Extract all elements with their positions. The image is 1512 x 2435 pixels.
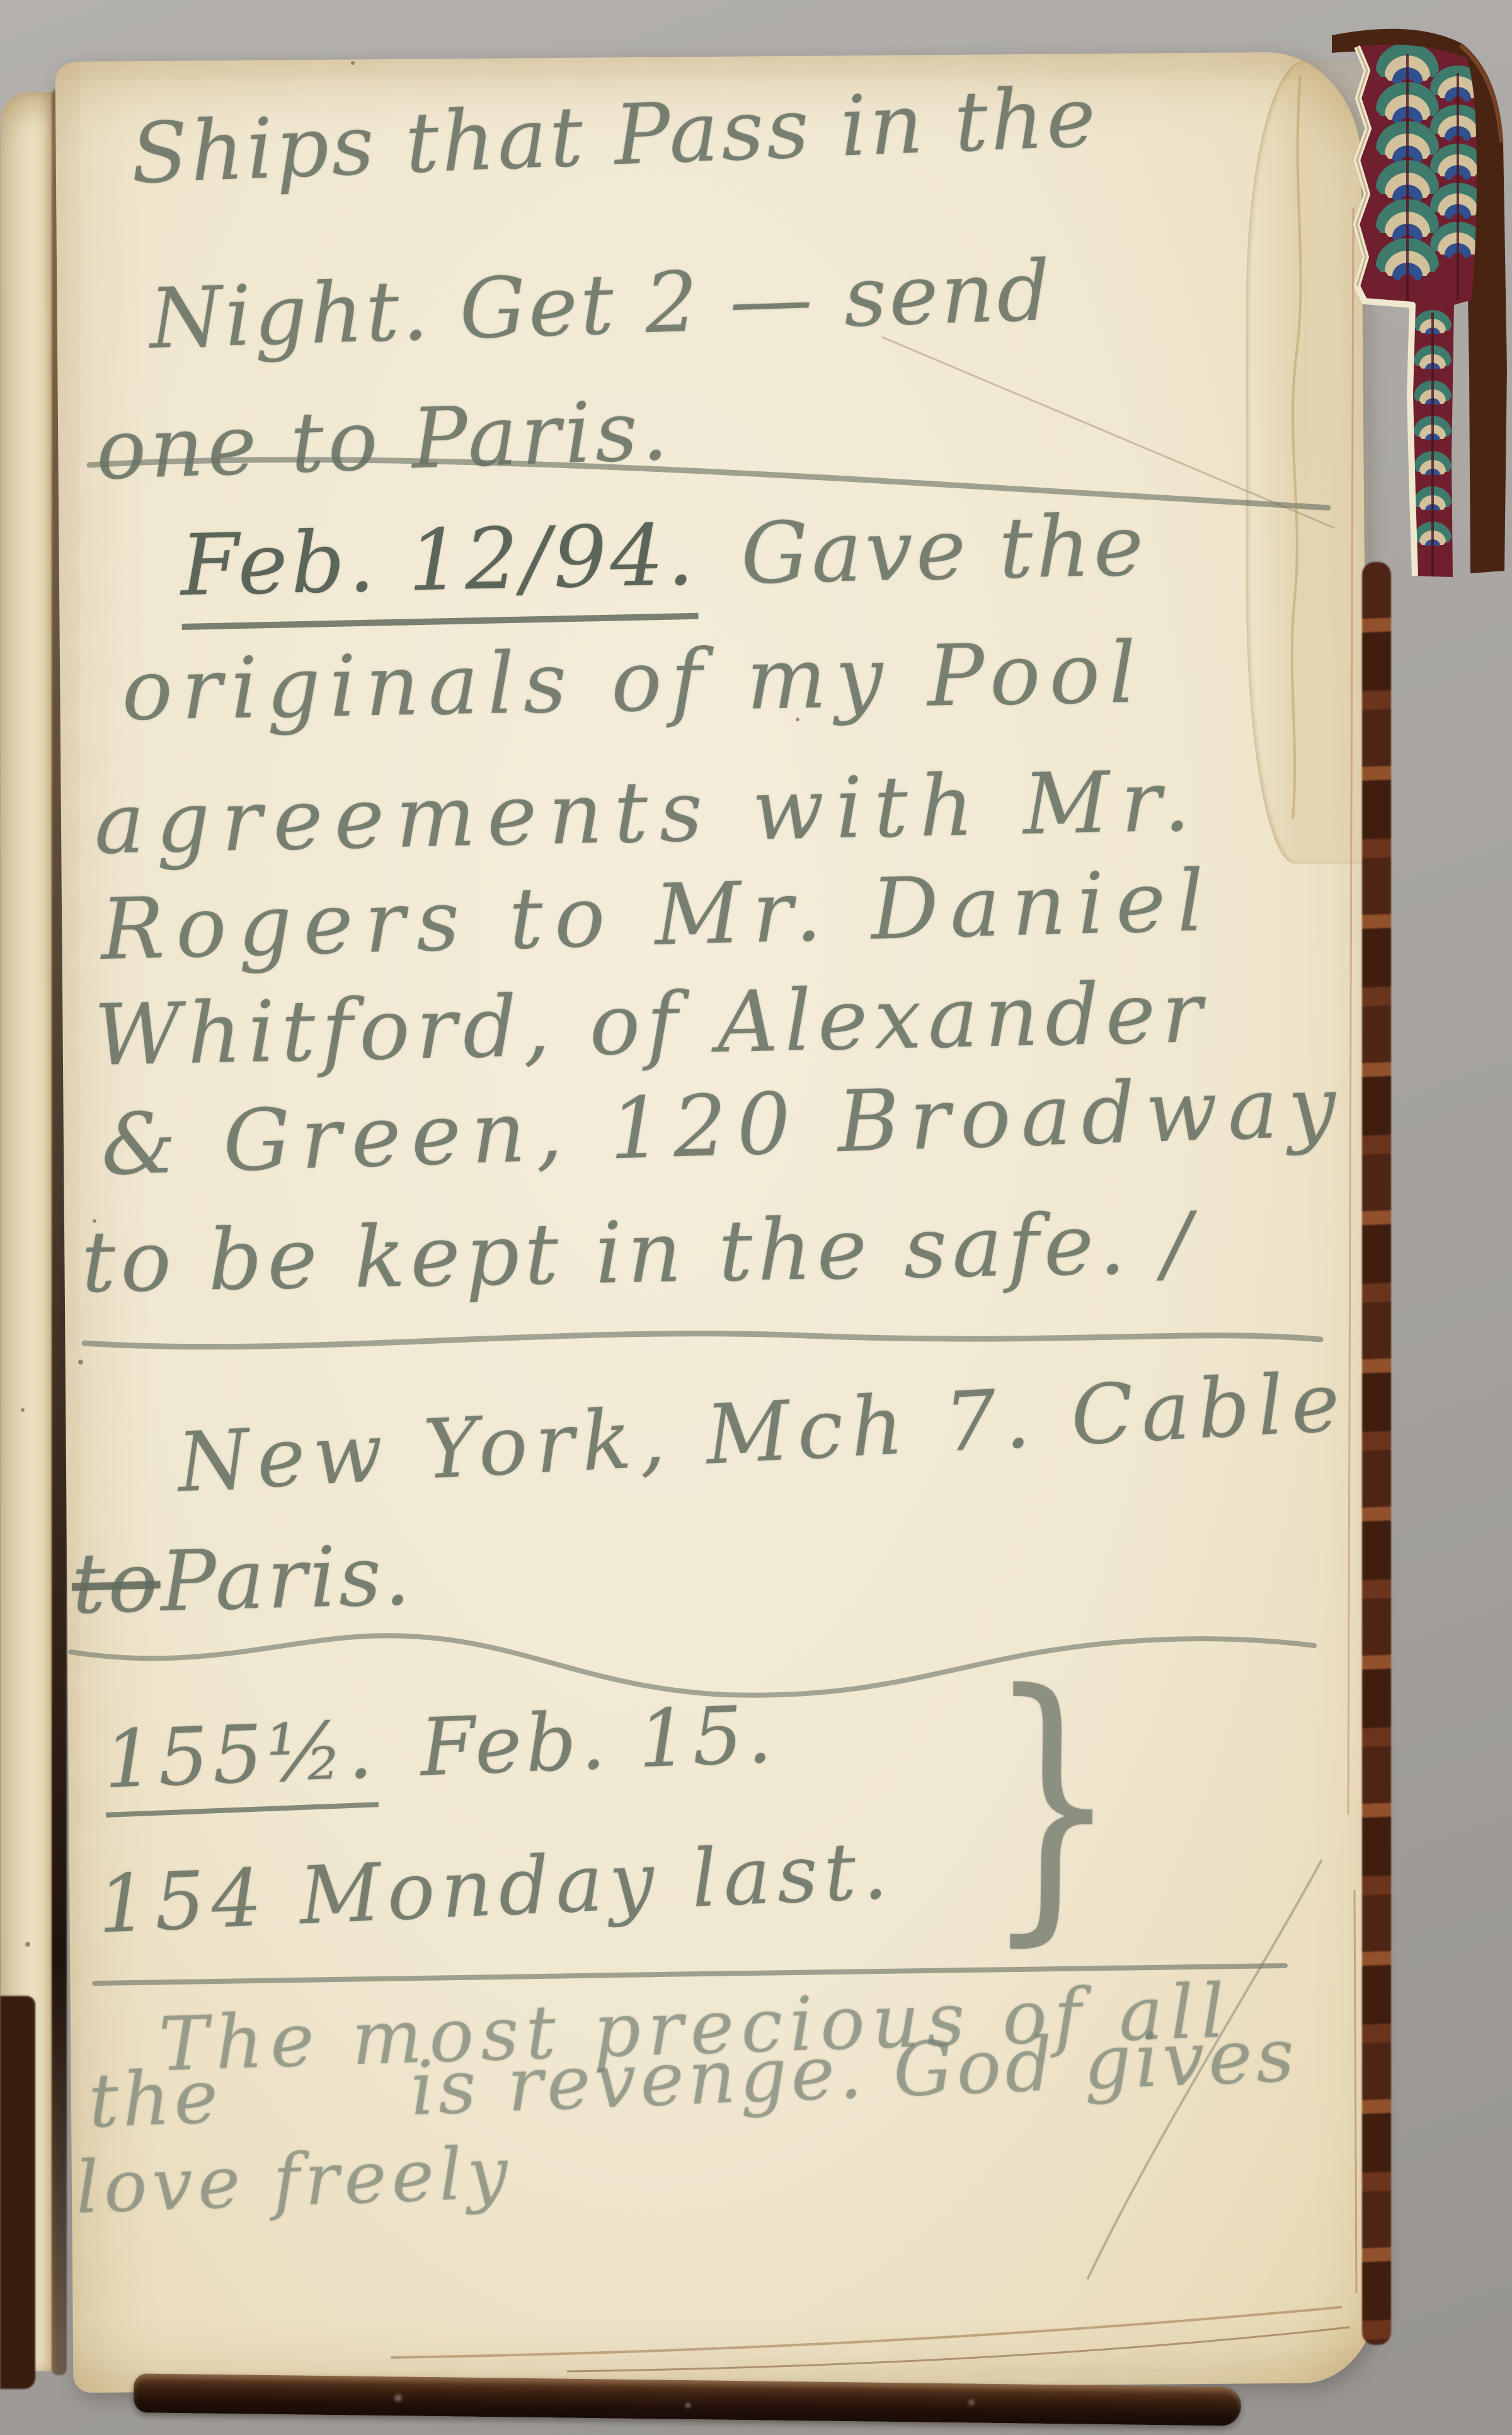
handwriting-line-feb12-2: originals of my Pool — [121, 624, 1145, 740]
handwriting-line-feb12-1: Feb. 12/94.Gave the — [180, 496, 1148, 615]
marble-feather-column-a — [1376, 43, 1439, 281]
marble-feather-column-b — [1430, 66, 1486, 258]
entry-text: Gave the — [740, 496, 1147, 603]
blank-gap — [222, 2114, 411, 2122]
price-quote: 155½. — [102, 1703, 379, 1817]
pencil-brace: } — [983, 1632, 1121, 1973]
word-gap — [377, 1775, 421, 1777]
handwriting-line-feb12-7: to be kept in the safe. / — [81, 1194, 1197, 1312]
leather-edge-right — [1362, 562, 1391, 2345]
handwriting-line-quote-3: love freely — [74, 2131, 514, 2230]
word-gap — [697, 583, 742, 583]
leather-edge-bottom-left — [0, 1996, 35, 2389]
cable-destination: Paris. — [159, 1527, 414, 1630]
marble-feather-tail — [1414, 310, 1452, 546]
struck-word: to — [71, 1533, 161, 1633]
price-date: Feb. 15. — [418, 1688, 777, 1794]
handwriting-line-cable-2: toParis. — [71, 1527, 414, 1633]
water-stain — [1246, 60, 1368, 864]
entry-date: Feb. 12/94. — [180, 506, 698, 630]
handwriting-line-ships-3: one to Paris. — [94, 382, 673, 499]
quote-word: the — [87, 2053, 223, 2145]
